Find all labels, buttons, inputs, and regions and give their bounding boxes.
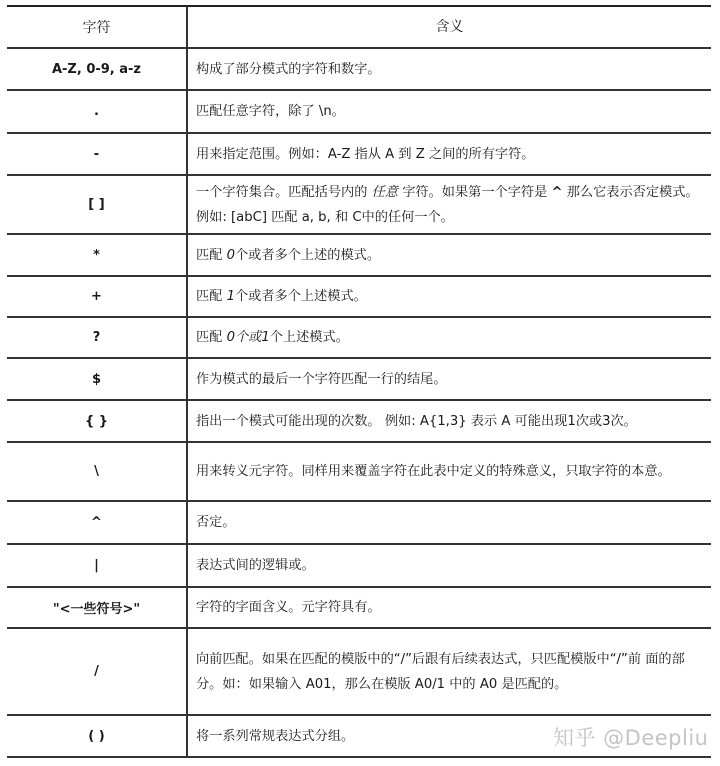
- symbol-cell: [ ]: [7, 176, 188, 233]
- meaning-cell: 表达式间的逻辑或。: [188, 545, 711, 586]
- meaning-cell: 作为模式的最后一个字符匹配一行的结尾。: [188, 359, 711, 399]
- symbol-cell: A-Z, 0-9, a-z: [7, 49, 188, 89]
- symbol-cell: /: [7, 629, 188, 714]
- meaning-cell: 一个字符集合。匹配括号内的 任意 字符。如果第一个字符是 ^ 那么它表示否定模式…: [188, 176, 711, 233]
- meaning-cell: 匹配任意字符，除了 \n。: [188, 91, 711, 132]
- regex-metacharacter-table: 字符 含义 A-Z, 0-9, a-z 构成了部分模式的字符和数字。 . 匹配任…: [7, 5, 711, 758]
- meaning-cell: 将一系列常规表达式分组。: [188, 716, 711, 756]
- italic-text: 0个或1: [227, 330, 270, 345]
- italic-text: 0: [227, 248, 235, 263]
- text-segment: 个上述模式。: [270, 330, 349, 345]
- meaning-cell: 用来指定范围。例如：A-Z 指从 A 到 Z 之间的所有字符。: [188, 134, 711, 174]
- bold-caret: ^: [551, 185, 562, 200]
- table-row: { } 指出一个模式可能出现的次数。 例如: A{1,3} 表示 A 可能出现1…: [7, 401, 711, 443]
- meaning-cell: 匹配 0个或1个上述模式。: [188, 318, 711, 357]
- table-row: . 匹配任意字符，除了 \n。: [7, 91, 711, 134]
- meaning-cell: 向前匹配。如果在匹配的模版中的“/”后跟有后续表达式，只匹配模版中“/”前 面的…: [188, 629, 711, 714]
- table-header-row: 字符 含义: [7, 7, 711, 49]
- meaning-cell: 匹配 0个或者多个上述的模式。: [188, 235, 711, 275]
- symbol-cell: +: [7, 277, 188, 316]
- symbol-cell: |: [7, 545, 188, 586]
- table-row: ( ) 将一系列常规表达式分组。: [7, 716, 711, 758]
- meaning-cell: 字符的字面含义。元字符具有。: [188, 588, 711, 627]
- symbol-cell: \: [7, 443, 188, 500]
- text-segment: 个或者多个上述的模式。: [235, 248, 380, 263]
- text-segment: 一个字符集合。匹配括号内的: [196, 185, 372, 200]
- meaning-cell: 匹配 1个或者多个上述模式。: [188, 277, 711, 316]
- text-segment: 匹配: [196, 330, 227, 345]
- meaning-cell: 用来转义元字符。同样用来覆盖字符在此表中定义的特殊意义，只取字符的本意。: [188, 443, 711, 500]
- text-segment: 匹配: [196, 248, 227, 263]
- table-row: \ 用来转义元字符。同样用来覆盖字符在此表中定义的特殊意义，只取字符的本意。: [7, 443, 711, 502]
- header-symbol: 字符: [7, 7, 188, 47]
- table-row: * 匹配 0个或者多个上述的模式。: [7, 235, 711, 277]
- table-row: ? 匹配 0个或1个上述模式。: [7, 318, 711, 359]
- table-row: $ 作为模式的最后一个字符匹配一行的结尾。: [7, 359, 711, 401]
- symbol-cell: .: [7, 91, 188, 132]
- table-row: ^ 否定。: [7, 502, 711, 545]
- text-segment: 匹配: [196, 289, 227, 304]
- symbol-cell: *: [7, 235, 188, 275]
- meaning-cell: 指出一个模式可能出现的次数。 例如: A{1,3} 表示 A 可能出现1次或3次…: [188, 401, 711, 441]
- italic-text: 任意: [372, 185, 398, 200]
- symbol-cell: "<一些符号>": [7, 588, 188, 627]
- table-row: A-Z, 0-9, a-z 构成了部分模式的字符和数字。: [7, 49, 711, 91]
- header-meaning: 含义: [188, 7, 711, 47]
- symbol-cell: ( ): [7, 716, 188, 756]
- table-row: [ ] 一个字符集合。匹配括号内的 任意 字符。如果第一个字符是 ^ 那么它表示…: [7, 176, 711, 235]
- symbol-cell: ^: [7, 502, 188, 543]
- table-row: | 表达式间的逻辑或。: [7, 545, 711, 588]
- italic-text: 1: [227, 289, 235, 304]
- table-row: / 向前匹配。如果在匹配的模版中的“/”后跟有后续表达式，只匹配模版中“/”前 …: [7, 629, 711, 716]
- meaning-cell: 否定。: [188, 502, 711, 543]
- text-segment: 字符。如果第一个字符是: [398, 185, 551, 200]
- meaning-cell: 构成了部分模式的字符和数字。: [188, 49, 711, 89]
- table-row: + 匹配 1个或者多个上述模式。: [7, 277, 711, 318]
- table-row: "<一些符号>" 字符的字面含义。元字符具有。: [7, 588, 711, 629]
- table-row: - 用来指定范围。例如：A-Z 指从 A 到 Z 之间的所有字符。: [7, 134, 711, 176]
- symbol-cell: -: [7, 134, 188, 174]
- symbol-cell: $: [7, 359, 188, 399]
- symbol-cell: ?: [7, 318, 188, 357]
- symbol-cell: { }: [7, 401, 188, 441]
- text-segment: 个或者多个上述模式。: [235, 289, 367, 304]
